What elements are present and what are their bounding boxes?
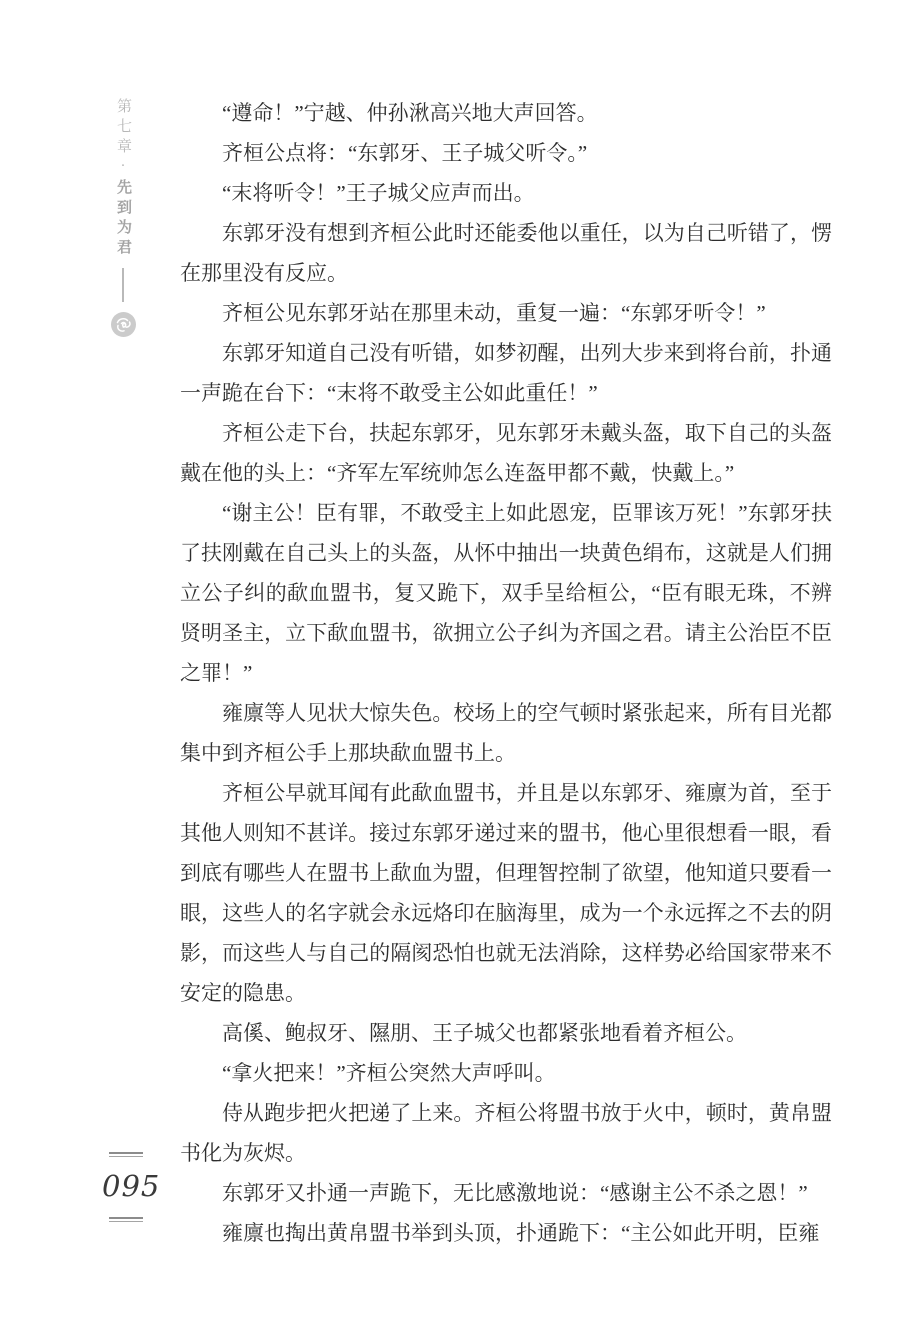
chapter-dash-rule xyxy=(122,268,124,302)
chapter-heading: 第七章·先到为君 xyxy=(106,98,140,259)
body-text: “遵命！”宁越、仲孙湫高兴地大声回答。 齐桓公点将：“东郭牙、王子城父听令。” … xyxy=(180,93,832,1253)
paragraph: 东郭牙又扑通一声跪下，无比感激地说：“感谢主公不杀之恩！” xyxy=(180,1173,832,1213)
paragraph: 东郭牙知道自己没有听错，如梦初醒，出列大步来到将台前，扑通一声跪在台下：“末将不… xyxy=(180,333,832,413)
paragraph: “拿火把来！”齐桓公突然大声呼叫。 xyxy=(180,1053,832,1093)
paragraph: 雍廪也掏出黄帛盟书举到头顶，扑通跪下：“主公如此开明，臣雍 xyxy=(180,1213,832,1253)
paragraph: 齐桓公见东郭牙站在那里未动，重复一遍：“东郭牙听令！” xyxy=(180,293,832,333)
paragraph: 齐桓公点将：“东郭牙、王子城父听令。” xyxy=(180,133,832,173)
page-number: 095 xyxy=(102,1169,150,1203)
paragraph: “末将听令！”王子城父应声而出。 xyxy=(180,173,832,213)
chapter-sidebar: 第七章·先到为君 xyxy=(106,98,140,338)
book-page: 第七章·先到为君 “遵命！”宁越、仲孙湫高兴地大声回答。 齐桓公点将：“东郭牙、… xyxy=(0,0,913,1338)
paragraph: 齐桓公走下台，扶起东郭牙，见东郭牙未戴头盔，取下自己的头盔戴在他的头上：“齐军左… xyxy=(180,413,832,493)
swirl-seal-icon xyxy=(110,311,137,338)
paragraph: “遵命！”宁越、仲孙湫高兴地大声回答。 xyxy=(180,93,832,133)
paragraph: 雍廪等人见状大惊失色。校场上的空气顿时紧张起来，所有目光都集中到齐桓公手上那块歃… xyxy=(180,693,832,773)
chapter-separator: · xyxy=(115,158,131,179)
paragraph: 高傒、鲍叔牙、隰朋、王子城父也都紧张地看着齐桓公。 xyxy=(180,1013,832,1053)
chapter-title-label: 先到为君 xyxy=(115,179,131,259)
page-number-block: 095 xyxy=(102,1152,150,1222)
chapter-number-label: 第七章 xyxy=(115,98,131,158)
page-number-rule-bottom xyxy=(109,1217,143,1222)
paragraph: 东郭牙没有想到齐桓公此时还能委他以重任，以为自己听错了，愣在那里没有反应。 xyxy=(180,213,832,293)
paragraph: “谢主公！臣有罪，不敢受主上如此恩宠，臣罪该万死！”东郭牙扶了扶刚戴在自己头上的… xyxy=(180,493,832,693)
page-number-rule-top xyxy=(109,1152,143,1157)
paragraph: 侍从跑步把火把递了上来。齐桓公将盟书放于火中，顿时，黄帛盟书化为灰烬。 xyxy=(180,1093,832,1173)
paragraph: 齐桓公早就耳闻有此歃血盟书，并且是以东郭牙、雍廪为首，至于其他人则知不甚详。接过… xyxy=(180,773,832,1013)
